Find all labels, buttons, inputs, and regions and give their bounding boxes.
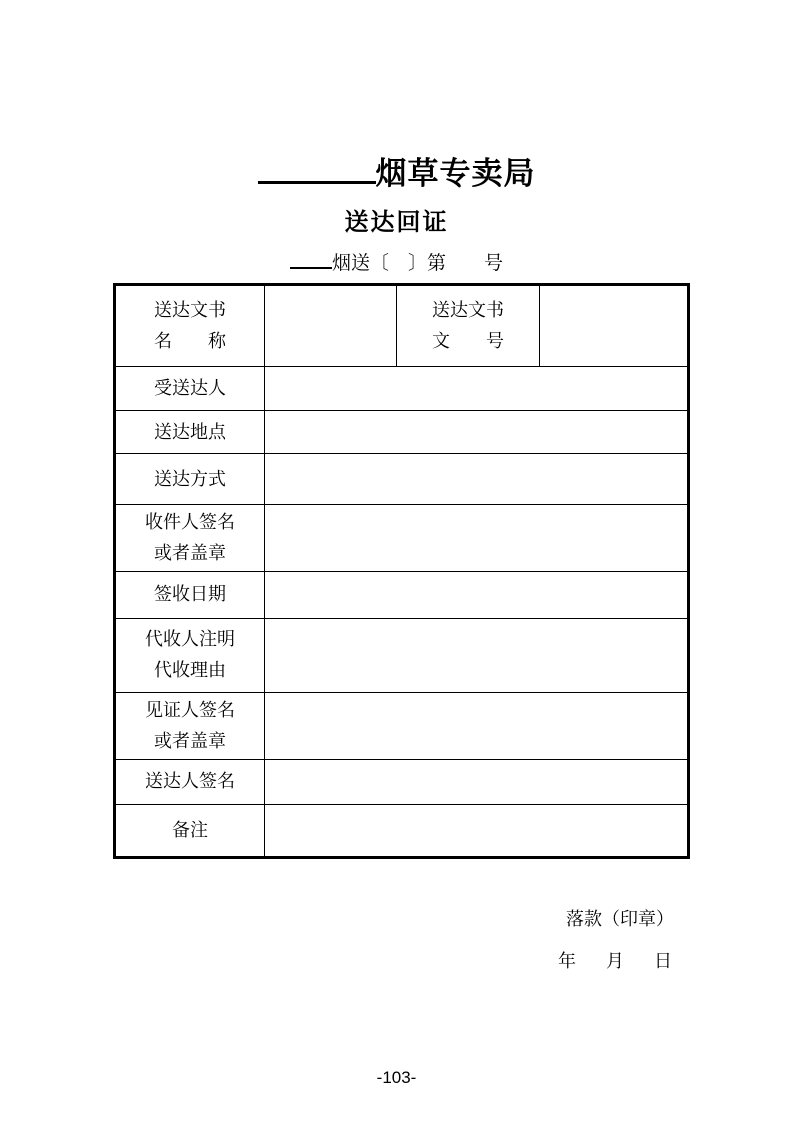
label-remarks: 备注 bbox=[115, 804, 265, 857]
cell-document-number-value bbox=[540, 285, 689, 367]
label-line: 送达人签名 bbox=[120, 766, 260, 797]
table-row-document-name-number: 送达文书 名 称 送达文书 文 号 bbox=[115, 285, 689, 367]
cell-service-location-value bbox=[265, 411, 689, 454]
table-row-witness-signature: 见证人签名 或者盖章 bbox=[115, 692, 689, 759]
cell-recipient-value bbox=[265, 367, 689, 411]
document-page: 烟草专卖局 送达回证 烟送〔 〕第 号 送达文书 名 称 送达文书 文 号 bbox=[0, 0, 793, 1122]
date-line: 年 月 日 bbox=[558, 947, 678, 973]
label-recipient-signature: 收件人签名 或者盖章 bbox=[115, 505, 265, 572]
label-witness-signature: 见证人签名 或者盖章 bbox=[115, 692, 265, 759]
org-name-blank-underline bbox=[258, 181, 376, 184]
label-line: 送达文书 bbox=[401, 295, 535, 326]
cell-witness-signature-value bbox=[265, 692, 689, 759]
table-row-proxy-reason: 代收人注明 代收理由 bbox=[115, 618, 689, 692]
label-line: 见证人签名 bbox=[120, 695, 260, 726]
cell-server-signature-value bbox=[265, 759, 689, 804]
service-receipt-table: 送达文书 名 称 送达文书 文 号 受送达人 送达地点 bbox=[113, 283, 690, 859]
cell-recipient-signature-value bbox=[265, 505, 689, 572]
label-line: 或者盖章 bbox=[120, 726, 260, 757]
table-row-sign-date: 签收日期 bbox=[115, 571, 689, 618]
ref-text: 烟送〔 〕第 号 bbox=[332, 253, 503, 274]
cell-service-method-value bbox=[265, 454, 689, 505]
ref-blank-underline bbox=[290, 267, 332, 269]
label-service-location: 送达地点 bbox=[115, 411, 265, 454]
cell-document-name-value bbox=[265, 285, 397, 367]
label-line: 收件人签名 bbox=[120, 507, 260, 538]
table-row-server-signature: 送达人签名 bbox=[115, 759, 689, 804]
table-row-remarks: 备注 bbox=[115, 804, 689, 857]
doc-title: 送达回证 bbox=[0, 202, 793, 237]
label-line: 送达文书 bbox=[120, 295, 260, 326]
label-document-number: 送达文书 文 号 bbox=[397, 285, 540, 367]
label-server-signature: 送达人签名 bbox=[115, 759, 265, 804]
cell-remarks-value bbox=[265, 804, 689, 857]
label-service-method: 送达方式 bbox=[115, 454, 265, 505]
label-proxy-reason: 代收人注明 代收理由 bbox=[115, 618, 265, 692]
label-line: 送达方式 bbox=[120, 464, 260, 495]
label-line: 文 号 bbox=[401, 326, 535, 357]
label-line: 受送达人 bbox=[120, 373, 260, 404]
ref-number-line: 烟送〔 〕第 号 bbox=[0, 248, 793, 275]
table-row-service-location: 送达地点 bbox=[115, 411, 689, 454]
org-title-line: 烟草专卖局 bbox=[0, 148, 793, 193]
label-line: 签收日期 bbox=[120, 579, 260, 610]
label-line: 代收人注明 bbox=[120, 624, 260, 655]
label-line: 名 称 bbox=[120, 326, 260, 357]
table-row-service-method: 送达方式 bbox=[115, 454, 689, 505]
table-row-recipient-signature: 收件人签名 或者盖章 bbox=[115, 505, 689, 572]
label-sign-date: 签收日期 bbox=[115, 571, 265, 618]
seal-signature-line: 落款（印章） bbox=[566, 905, 674, 931]
label-document-name: 送达文书 名 称 bbox=[115, 285, 265, 367]
label-line: 代收理由 bbox=[120, 655, 260, 686]
label-line: 备注 bbox=[120, 815, 260, 846]
page-number: -103- bbox=[0, 1068, 793, 1088]
label-line: 送达地点 bbox=[120, 417, 260, 448]
table-row-recipient: 受送达人 bbox=[115, 367, 689, 411]
label-line: 或者盖章 bbox=[120, 538, 260, 569]
cell-proxy-reason-value bbox=[265, 618, 689, 692]
label-recipient: 受送达人 bbox=[115, 367, 265, 411]
cell-sign-date-value bbox=[265, 571, 689, 618]
org-title-text: 烟草专卖局 bbox=[376, 156, 536, 191]
